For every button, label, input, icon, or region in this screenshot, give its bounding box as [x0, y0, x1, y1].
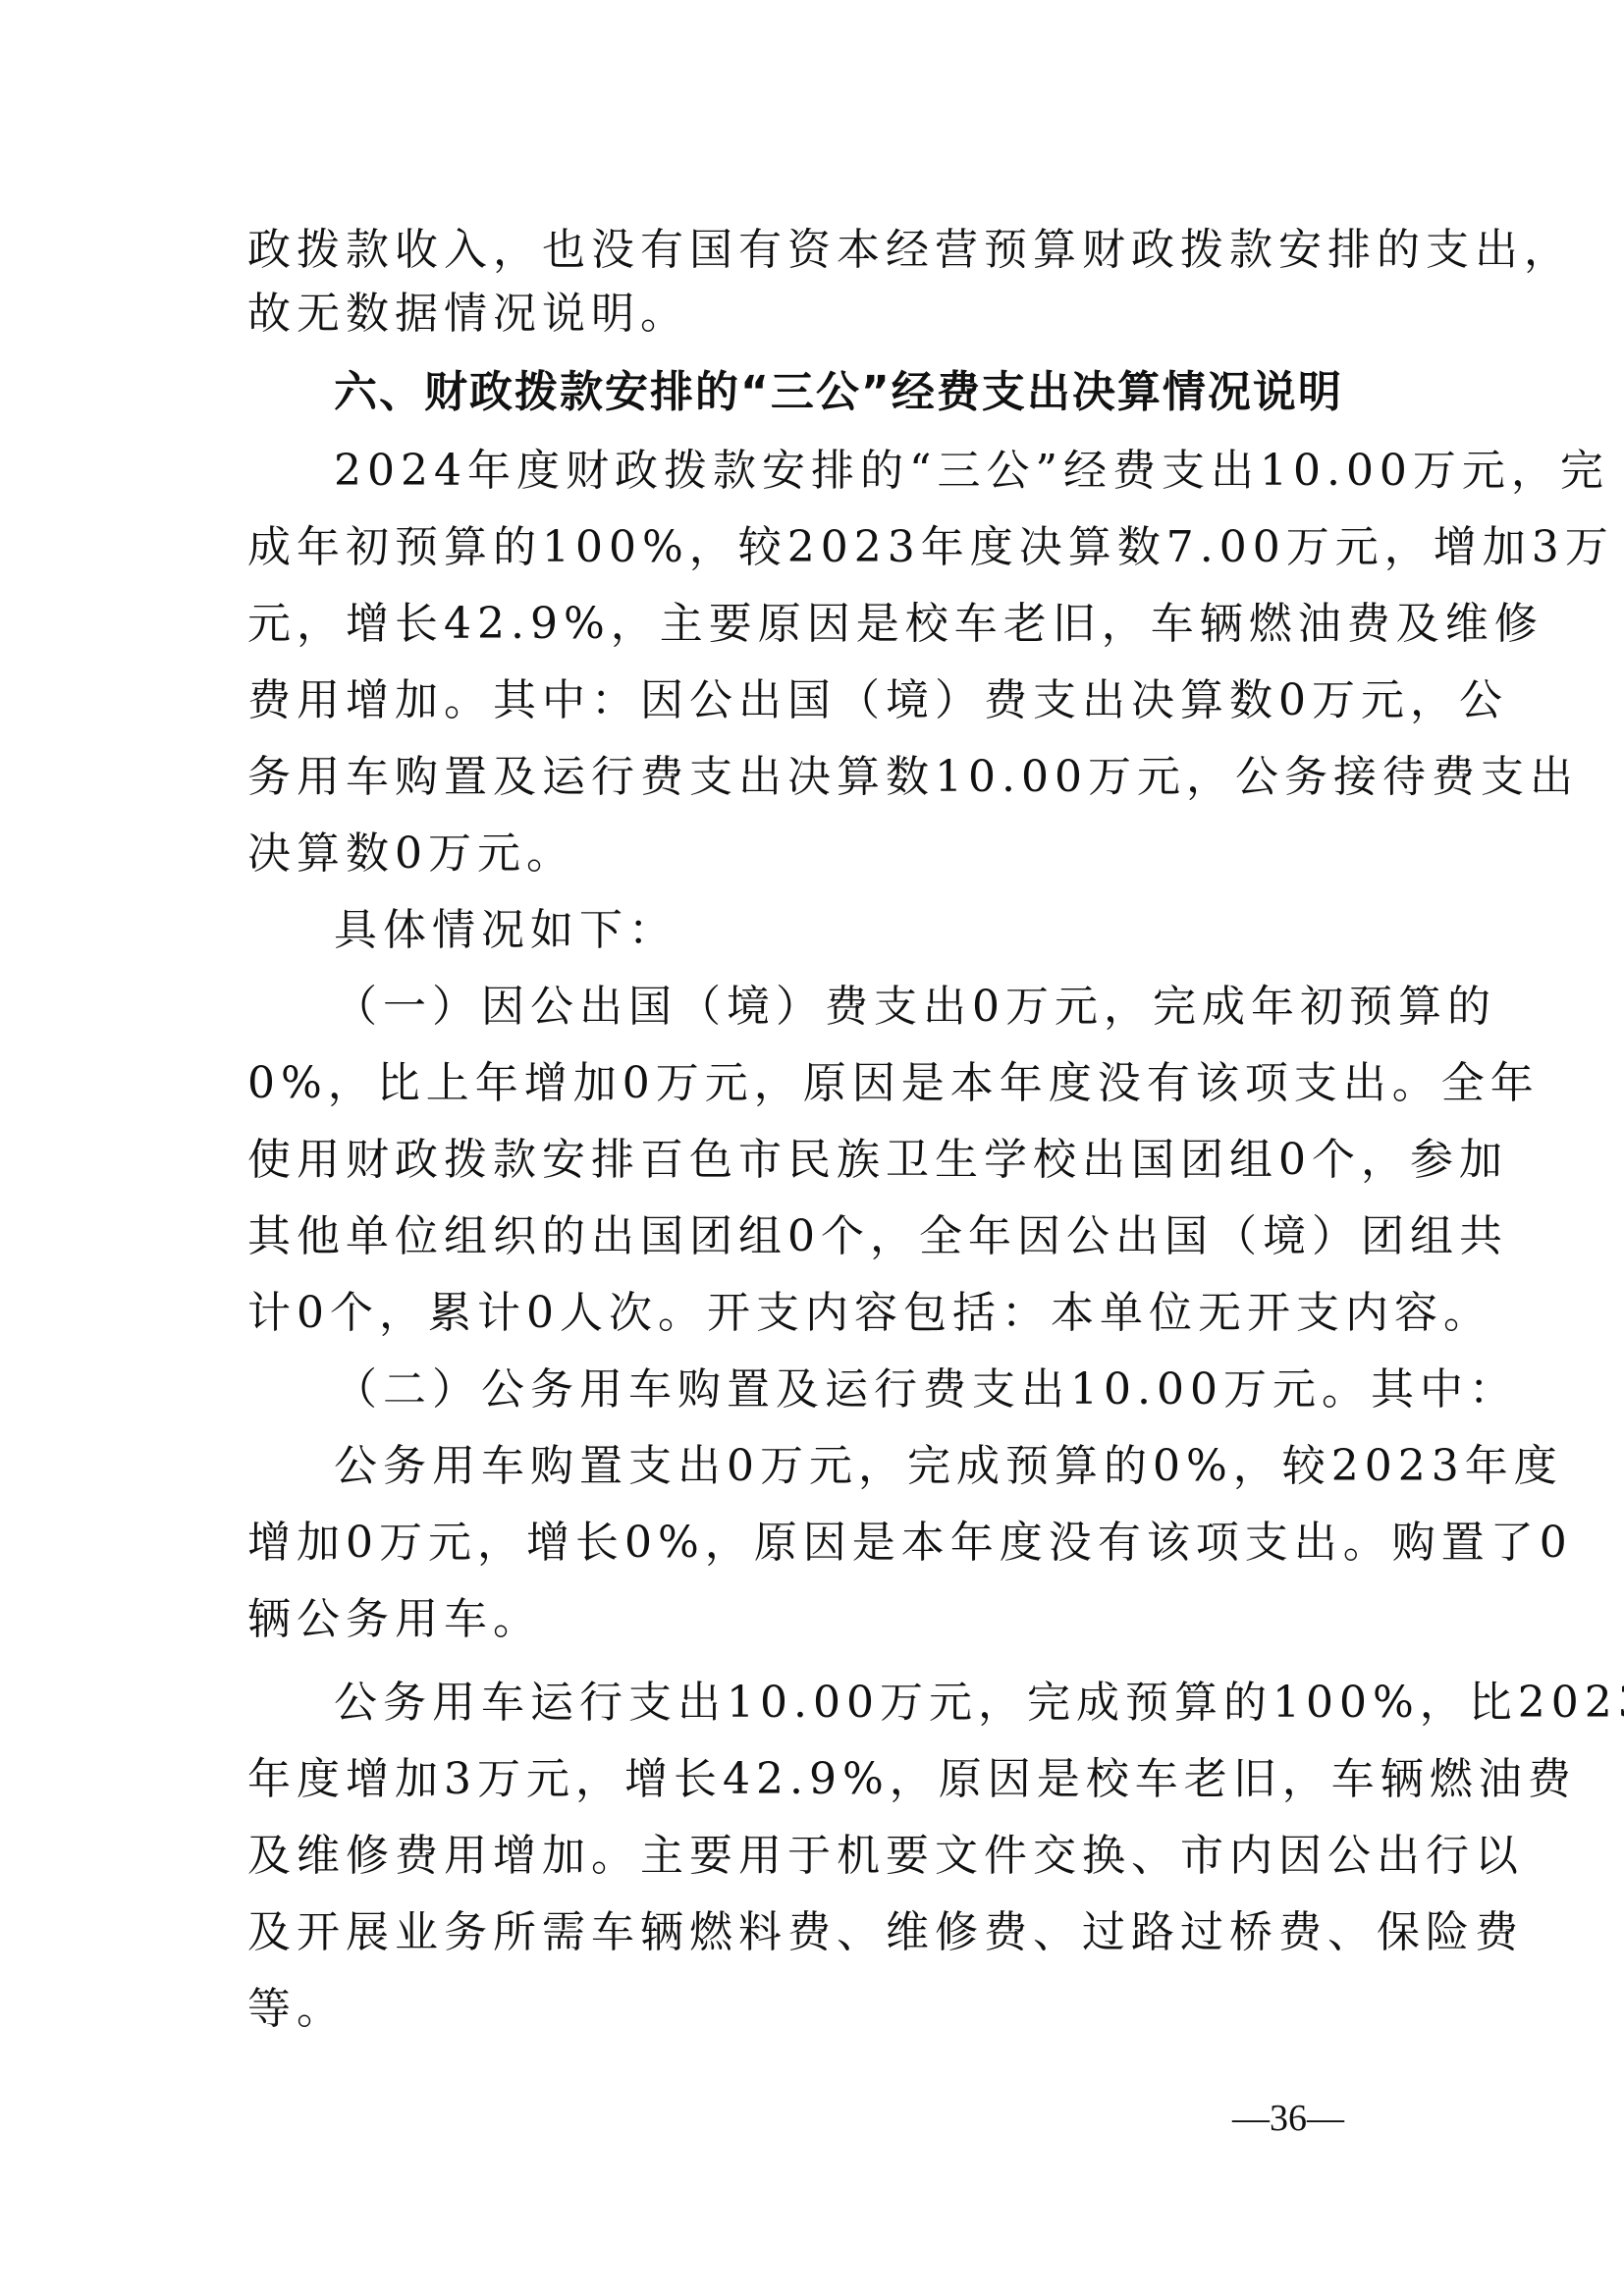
paragraph-line: 费用增加。其中：因公出国（境）费支出决算数0万元，公: [247, 671, 1406, 730]
page-number: —36—: [1232, 2097, 1344, 2140]
paragraph-line: 决算数0万元。: [247, 825, 1406, 883]
paragraph-line: 务用车购置及运行费支出决算数10.00万元，公务接待费支出: [247, 748, 1406, 807]
paragraph-line: 2024年度财政拨款安排的“三公”经费支出10.00万元，完: [334, 442, 1406, 501]
section-heading: 六、财政拨款安排的“三公”经费支出决算情况说明: [334, 363, 1384, 422]
paragraph-line: 及开展业务所需车辆燃料费、维修费、过路过桥费、保险费: [247, 1903, 1406, 1962]
paragraph-line: 计0个，累计0人次。开支内容包括：本单位无开支内容。: [247, 1284, 1406, 1343]
paragraph-line: 年度增加3万元，增长42.9%，原因是校车老旧，车辆燃油费: [247, 1750, 1406, 1809]
paragraph-line: 等。: [247, 1980, 1406, 2039]
paragraph-line: 政拨款收入，也没有国有资本经营预算财政拨款安排的支出，: [247, 221, 1406, 280]
paragraph-line: 元，增长42.9%，主要原因是校车老旧，车辆燃油费及维修: [247, 595, 1406, 654]
paragraph-line: 公务用车购置支出0万元，完成预算的0%，较2023年度: [334, 1437, 1406, 1496]
paragraph-line: 辆公务用车。: [247, 1590, 1406, 1649]
paragraph-line: 增加0万元，增长0%，原因是本年度没有该项支出。购置了0: [247, 1514, 1406, 1573]
subsection-heading: （二）公务用车购置及运行费支出10.00万元。其中：: [334, 1361, 1406, 1419]
paragraph-line: 公务用车运行支出10.00万元，完成预算的100%，比2023: [334, 1674, 1406, 1733]
paragraph-line: 0%，比上年增加0万元，原因是本年度没有该项支出。全年: [247, 1054, 1406, 1113]
details-intro: 具体情况如下：: [334, 901, 1406, 960]
paragraph-line: 其他单位组织的出国团组0个，全年因公出国（境）团组共: [247, 1207, 1406, 1266]
paragraph-line: （一）因公出国（境）费支出0万元，完成年初预算的: [334, 978, 1406, 1037]
document-page: 政拨款收入，也没有国有资本经营预算财政拨款安排的支出， 故无数据情况说明。 六、…: [0, 0, 1624, 2296]
paragraph-line: 故无数据情况说明。: [247, 285, 1406, 344]
paragraph-line: 使用财政拨款安排百色市民族卫生学校出国团组0个，参加: [247, 1131, 1406, 1190]
paragraph-line: 成年初预算的100%，较2023年度决算数7.00万元，增加3万: [247, 518, 1406, 577]
paragraph-line: 及维修费用增加。主要用于机要文件交换、市内因公出行以: [247, 1827, 1406, 1886]
